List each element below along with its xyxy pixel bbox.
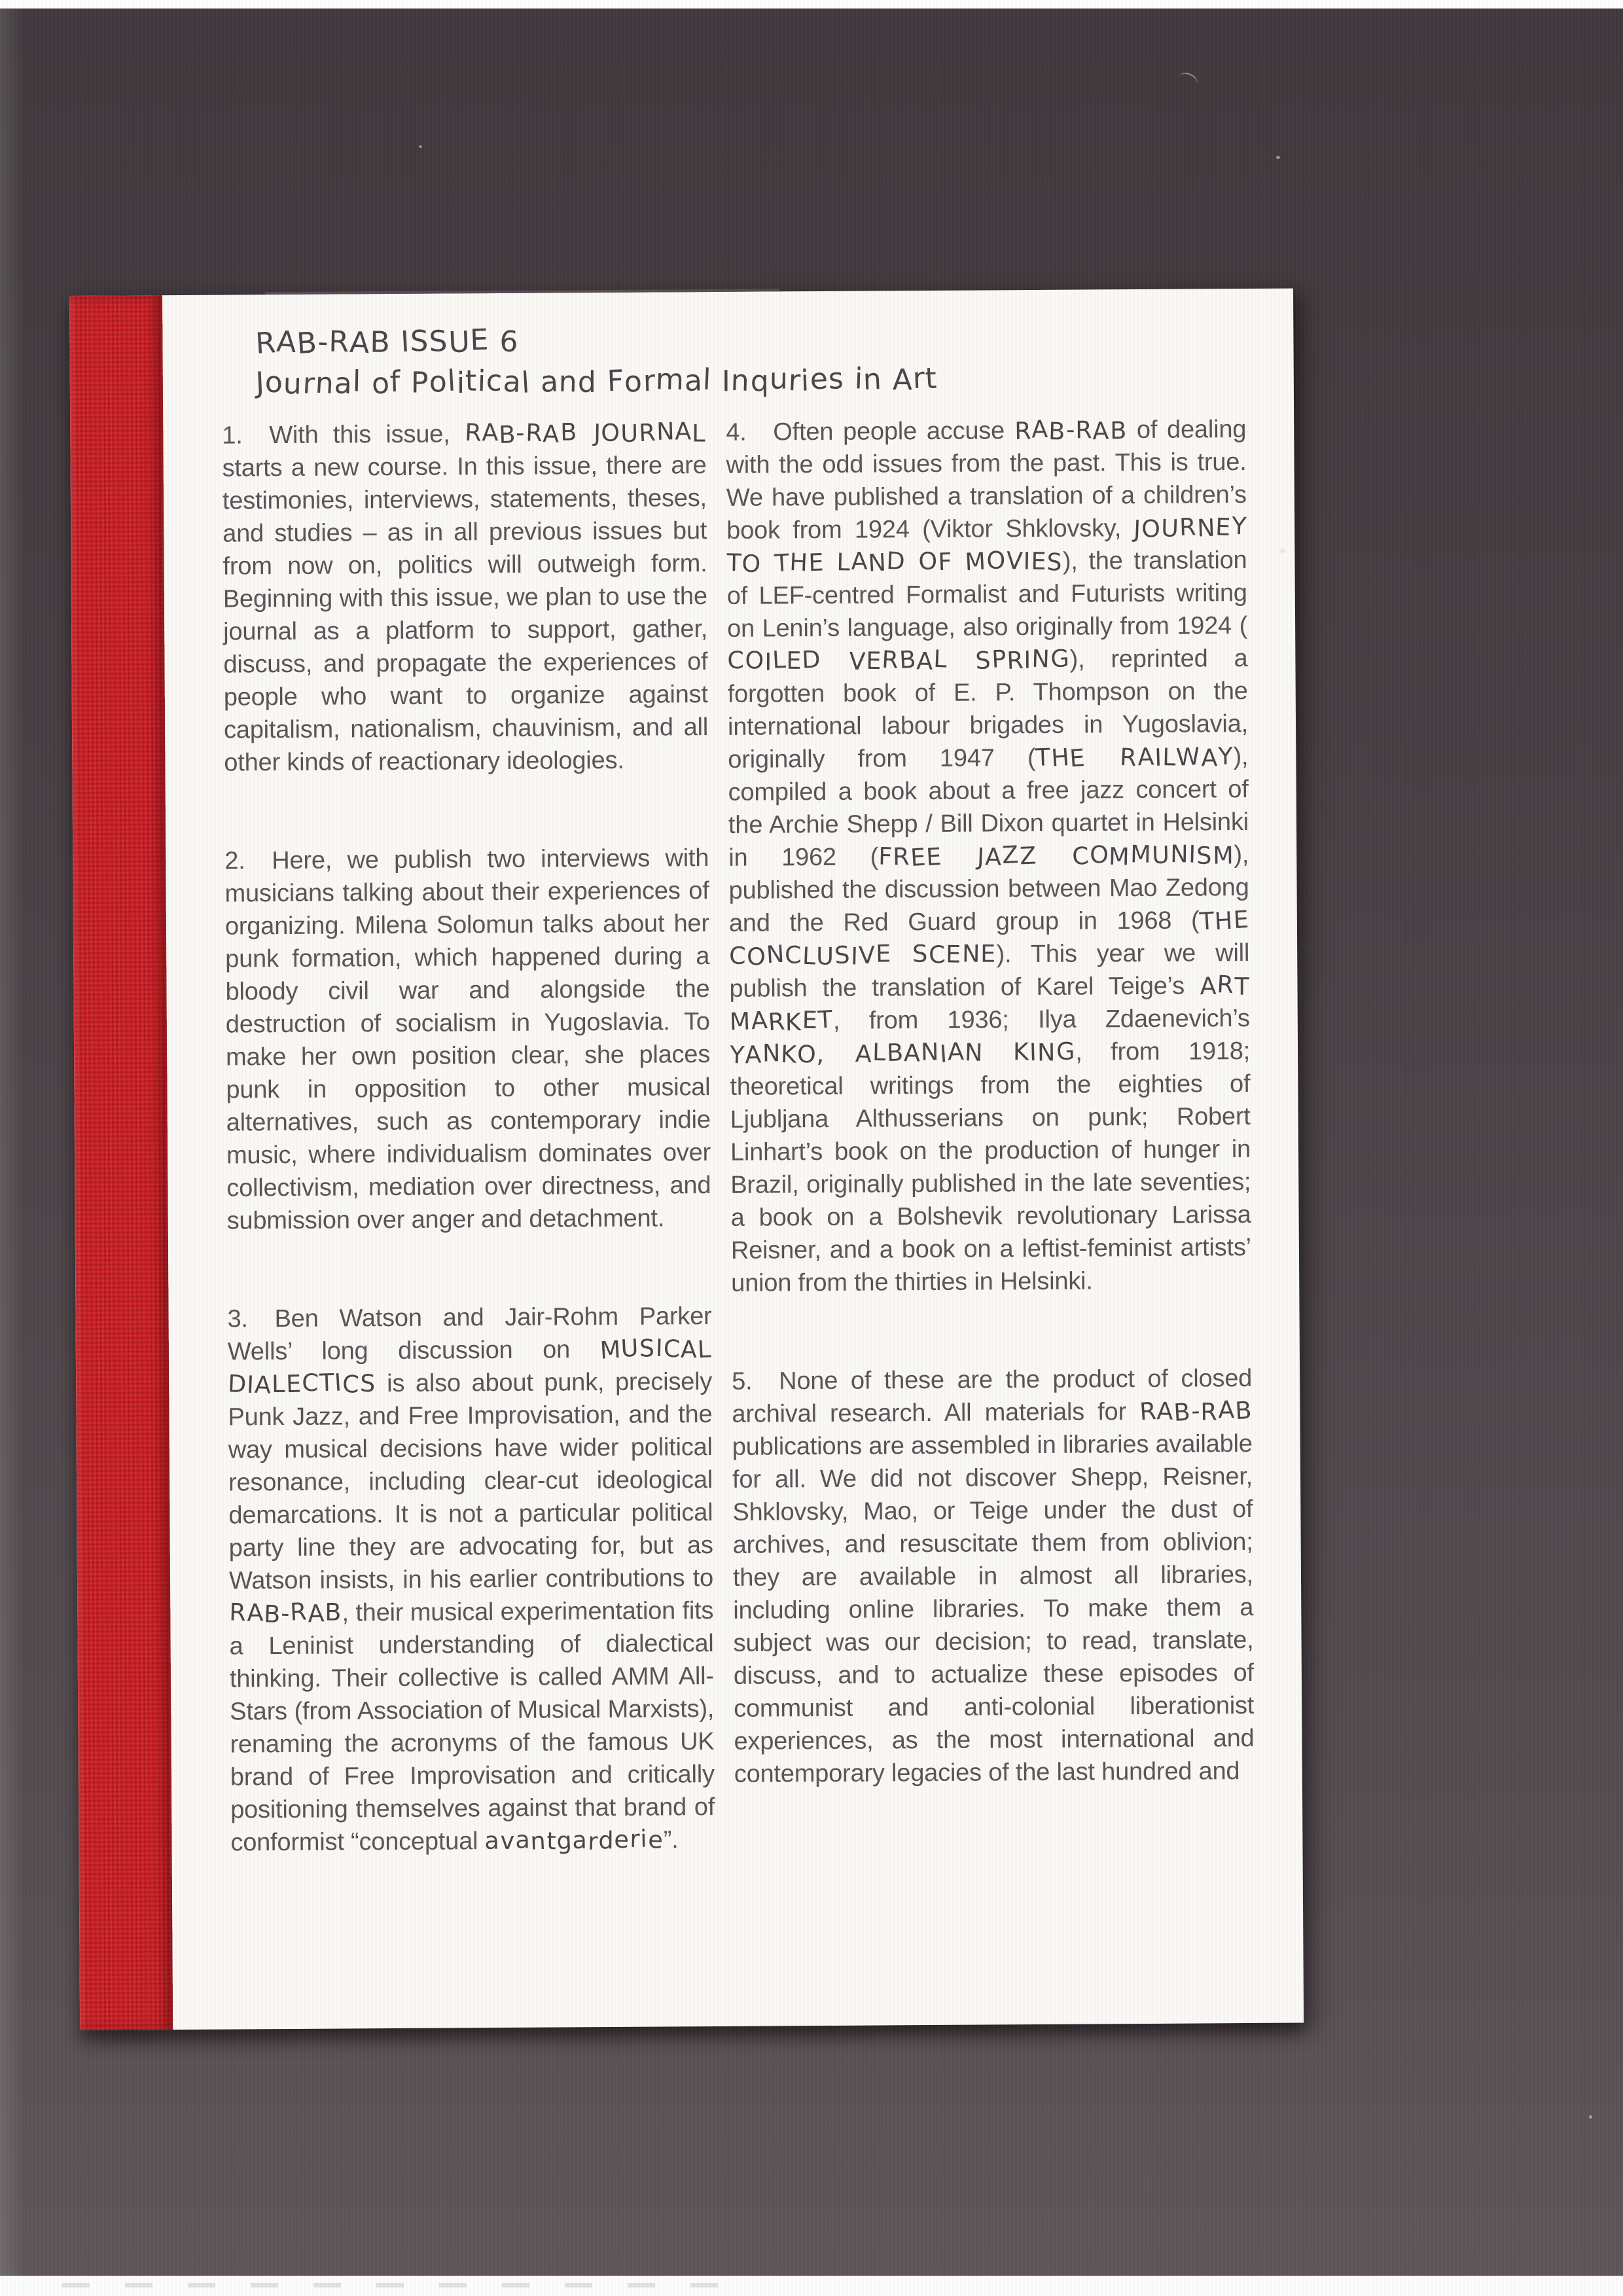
hand-word: Art [892, 360, 938, 399]
scanner-artifact-dashes [62, 2283, 723, 2287]
hand-word: RAB-RAB [465, 417, 578, 450]
hand-word: Inquries [722, 361, 845, 401]
hand-lettered-text: RAB-RAB ISSUE 6 [255, 325, 518, 359]
hand-word: COMMUNISM [1072, 838, 1234, 872]
paragraph-number: 5. [732, 1365, 779, 1397]
paragraph-number: 4. [726, 416, 773, 448]
hand-lettered-text: THE RAILWAY [1035, 742, 1233, 772]
hand-word: RAB-RAB [229, 1596, 342, 1630]
hand-word: RAB-RAB [255, 323, 391, 363]
hand-lettered-text: avantgarderie [485, 1825, 664, 1855]
hand-word: FREE [878, 840, 942, 874]
hand-lettered-text: Journal of Political and Formal Inquries… [256, 363, 938, 400]
page-header: RAB-RAB ISSUE 6 Journal of Political and… [255, 318, 938, 403]
hand-word: VERBAL [849, 644, 948, 677]
paragraph: 2.Here, we publish two interviews with m… [224, 842, 711, 1238]
dust-speck [419, 145, 422, 148]
hand-word: THE [1035, 742, 1086, 774]
hand-word: avantgarderie [485, 1823, 664, 1857]
scanner-edge-strip-top [0, 0, 1623, 9]
dust-speck [1279, 548, 1285, 553]
paragraph-number: 1. [222, 419, 269, 452]
hand-lettered-text: THE CONCLUSIVE SCENE [729, 906, 1249, 970]
hand-word: ART [1200, 969, 1249, 1002]
hand-lettered-text: RAB-RAB JOURNAL [465, 418, 707, 448]
hand-word: TO [726, 547, 762, 580]
left-column: 1.With this issue, RAB-RAB JOURNAL start… [222, 416, 715, 1859]
hand-lettered-text: YANKO, ALBANIAN KING [730, 1038, 1075, 1068]
hand-word: YANKO, [730, 1037, 825, 1071]
hand-lettered-text: RAB-RAB [229, 1598, 342, 1627]
hand-word: SCENE [912, 938, 996, 971]
hand-word: CONCLUSIVE [729, 939, 891, 973]
hand-lettered-text: RAB-RAB [1014, 416, 1127, 444]
hand-word: Formal [607, 361, 712, 401]
hand-word: JAZZ [977, 840, 1037, 873]
hand-word: Political [411, 363, 531, 403]
paragraph-number: 2. [224, 844, 272, 877]
hand-word: KING [1013, 1036, 1075, 1069]
journal-page: RAB-RAB ISSUE 6 Journal of Political and… [69, 289, 1304, 2030]
paragraph: 5.None of these are the product of close… [732, 1362, 1255, 1791]
hand-word: JOURNAL [594, 416, 707, 450]
hand-word: LAND [836, 546, 906, 579]
hand-lettered-text: COILED VERBAL SPRING [727, 645, 1070, 675]
hand-word: ISSUE [401, 322, 490, 362]
page-content: RAB-RAB ISSUE 6 Journal of Political and… [69, 289, 1304, 2030]
hand-word: RAILWAY [1120, 740, 1233, 774]
hand-word: in [854, 360, 882, 399]
hand-word: and [540, 362, 597, 402]
hand-lettered-text: MUSICAL DIALECTICS [228, 1335, 712, 1399]
hand-word: DIALECTICS [228, 1367, 376, 1401]
scanned-photo: RAB-RAB ISSUE 6 Journal of Political and… [0, 0, 1623, 2296]
hand-word: MUSICAL [599, 1333, 712, 1366]
paragraph-number: 3. [227, 1302, 274, 1335]
hand-lettered-text: JOURNEY TO THE LAND OF MOVIES [726, 513, 1247, 577]
hand-word: Journal [256, 363, 362, 403]
hand-lettered-text: FREE JAZZ COMMUNISM [878, 840, 1234, 870]
hand-word: SPRING [975, 643, 1069, 677]
hand-word: 6 [499, 322, 519, 361]
dust-scratch [1176, 70, 1200, 91]
journal-subtitle: Journal of Political and Formal Inquries… [256, 359, 938, 403]
hand-lettered-text: ART MARKET [730, 971, 1250, 1035]
hand-word: JOURNEY [1133, 511, 1247, 545]
paragraph: 3.Ben Watson and Jair-Rohm Parker Wells’… [227, 1300, 715, 1859]
hand-word: of [372, 363, 401, 403]
paragraph: 1.With this issue, RAB-RAB JOURNAL start… [222, 416, 708, 780]
hand-word: RAB-RAB [1139, 1395, 1253, 1428]
scanner-edge-light [0, 0, 25, 2296]
right-column: 4.Often people accuse RAB-RAB of dealing… [726, 413, 1255, 1791]
hand-word: THE [774, 547, 825, 579]
hand-word: MARKET [730, 1005, 834, 1038]
hand-lettered-text: RAB-RAB [1139, 1397, 1252, 1426]
paragraph: 4.Often people accuse RAB-RAB of dealing… [726, 413, 1251, 1300]
hand-word: THE [1199, 904, 1249, 937]
dust-speck [1589, 2115, 1592, 2119]
hand-word: MOVIES [965, 545, 1063, 579]
hand-word: RAB-RAB [1014, 414, 1128, 447]
hand-word: COILED [727, 645, 821, 678]
dust-speck [1276, 156, 1280, 159]
hand-word: OF [918, 546, 952, 579]
hand-word: ALBANIAN [855, 1036, 983, 1069]
journal-title: RAB-RAB ISSUE 6 [255, 318, 937, 363]
